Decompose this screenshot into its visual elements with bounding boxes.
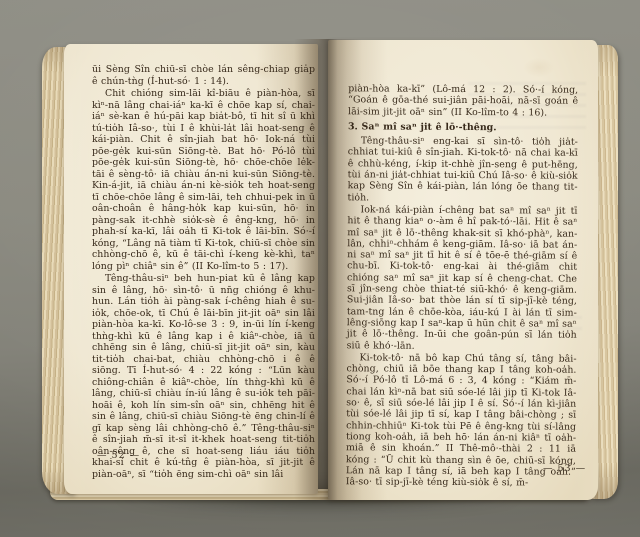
paragraph: Chit chióng sim-lāi kî-biāu ê piàn-hòa, … — [92, 88, 315, 272]
page-number-left: — 52 — — [97, 450, 140, 461]
right-page-text: piàn-hòa ka-kī” (Lô-má 12 : 2). Só·-í kó… — [346, 83, 578, 489]
paragraph: Têng-thâu-siⁿ beh hun-piat kū ê lâng kap… — [92, 273, 315, 480]
paragraph: Iok-ná kái-piàn í-chêng bat saⁿ mî saⁿ j… — [347, 204, 578, 352]
left-page-text: ūi Sèng Sîn chiū-sī chòe lán sêng-chiap … — [92, 64, 315, 480]
page-number-right: — 53 — — [543, 463, 586, 474]
paragraph: piàn-hòa ka-kī” (Lô-má 12 : 2). Só·-í kó… — [348, 83, 578, 118]
paragraph: 3. Saⁿ mî saⁿ jit ê lō·-thêng. — [348, 121, 578, 134]
paragraph: Têng-thâu-siⁿ eng-kai sī sìn-tô· tio̍h j… — [348, 135, 578, 204]
paragraph: ūi Sèng Sîn chiū-sī chòe lán sêng-chiap … — [92, 64, 315, 87]
open-book-photo: ūi Sèng Sîn chiū-sī chòe lán sêng-chiap … — [0, 0, 640, 537]
paragraph: Ki-tok-tô· nā bô kap Chú tâng sí, tâng b… — [346, 352, 577, 489]
